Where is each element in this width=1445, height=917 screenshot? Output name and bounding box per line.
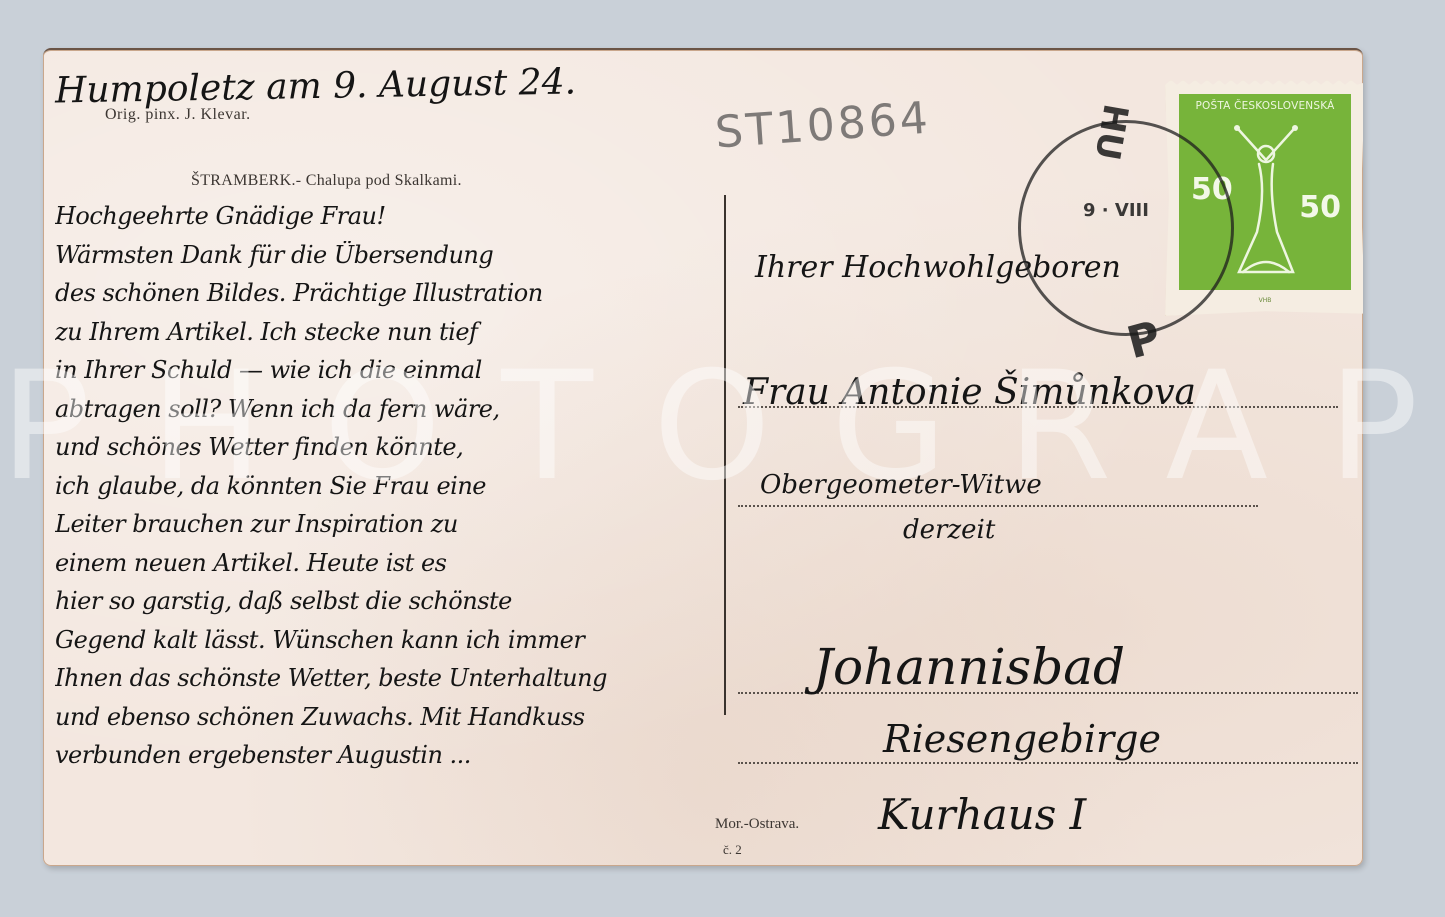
message-body: Hochgeehrte Gnädige Frau! Wärmsten Dank … (55, 202, 725, 780)
card-number: č. 2 (723, 842, 742, 858)
message-line: hier so garstig, daß selbst die schönste (55, 587, 725, 626)
address-city: Johannisbad (813, 638, 1125, 696)
message-line: des schönen Bildes. Prächtige Illustrati… (55, 279, 725, 318)
message-line: zu Ihrem Artikel. Ich stecke nun tief (55, 318, 725, 357)
message-line: Wärmsten Dank für die Übersendung (55, 241, 725, 280)
handwritten-place-date: Humpoletz am 9. August 24. (55, 61, 577, 111)
message-line: ich glaube, da könnten Sie Frau eine (55, 472, 725, 511)
stamp-denomination-right: 50 (1299, 190, 1341, 225)
message-line: Leiter brauchen zur Inspiration zu (55, 510, 725, 549)
postcard: Humpoletz am 9. August 24. Orig. pinx. J… (43, 48, 1363, 866)
artist-credit: Orig. pinx. J. Klevar. (105, 106, 251, 124)
stamp-country: POŠTA ČESKOSLOVENSKÁ (1179, 100, 1351, 112)
address-region: Riesengebirge (883, 717, 1161, 761)
message-line: verbunden ergebenster Augustin ... (55, 741, 725, 780)
message-line: und ebenso schönen Zuwachs. Mit Handkuss (55, 703, 725, 742)
liberated-republic-figure-icon (1231, 122, 1301, 282)
recipient-title: Obergeometer-Witwe (760, 470, 1042, 500)
recipient-name: Frau Antonie Šimůnkova (743, 372, 1196, 413)
message-line: in Ihrer Schuld — wie ich die einmal (55, 356, 725, 395)
inventory-number: ST10864 (713, 93, 932, 159)
message-line: einem neuen Artikel. Heute ist es (55, 549, 725, 588)
message-line: Ihnen das schönste Wetter, beste Unterha… (55, 664, 725, 703)
postmark-date: 9 · VIII (1083, 200, 1149, 221)
message-line: abtragen soll? Wenn ich da fern wäre, (55, 395, 725, 434)
address-building: Kurhaus I (878, 790, 1086, 839)
address-rule (738, 762, 1358, 765)
publisher-imprint: Mor.-Ostrava. (715, 816, 799, 833)
message-line: und schönes Wetter finden könnte, (55, 433, 725, 472)
message-line: Gegend kalt lässt. Wünschen kann ich imm… (55, 626, 725, 665)
message-line: Hochgeehrte Gnädige Frau! (55, 202, 725, 241)
address-note: derzeit (903, 515, 995, 545)
address-rule (738, 505, 1258, 508)
card-caption: ŠTRAMBERK.- Chalupa pod Skalkami. (191, 172, 462, 190)
